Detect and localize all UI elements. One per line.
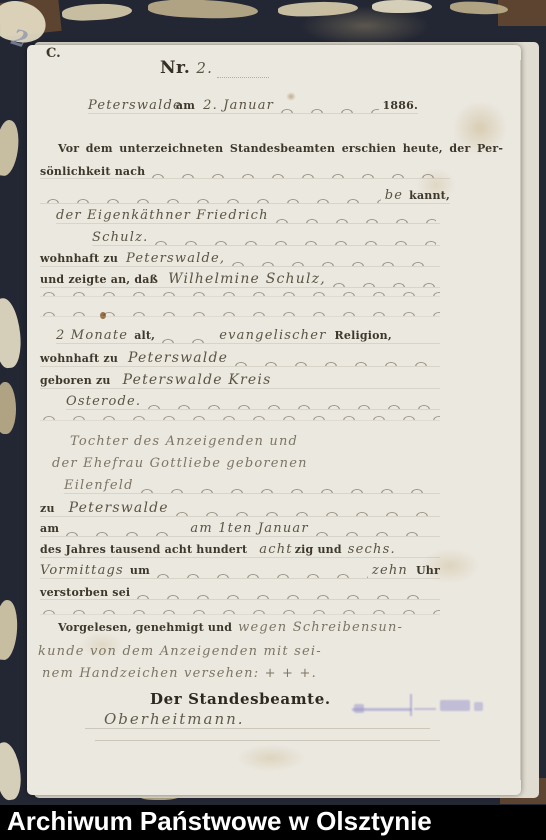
closing-hw-3: nem Handzeichen versehen: + + +. xyxy=(42,666,317,681)
closing-line-3: nem Handzeichen versehen: + + +. xyxy=(42,666,442,681)
ink-flourish xyxy=(154,570,368,578)
age-religion-line: 2 Monate alt, evangelischer Religion, xyxy=(56,328,440,344)
death-date-hw: am 1ten Januar xyxy=(190,521,308,536)
ink-flourish xyxy=(173,508,436,516)
page-edge-crease xyxy=(520,60,521,780)
born-hw-2: Osterode. xyxy=(66,394,141,409)
time-hw-2: zehn xyxy=(372,563,408,578)
ink-flourish xyxy=(232,358,436,366)
registrar-title: Der Standesbeamte. xyxy=(150,690,331,708)
deceased-name: Wilhelmine Schulz, xyxy=(168,271,326,287)
death-place-hw: Peterswalde xyxy=(69,500,169,516)
age-hw: 2 Monate xyxy=(56,328,128,343)
residence-hw-2: Peterswalde xyxy=(128,350,228,366)
intro-line-1: Vor dem unterzeichneten Standesbeamten e… xyxy=(58,142,450,155)
parents-hw-1: Tochter des Anzeigenden und xyxy=(70,434,298,449)
ink-flourish xyxy=(145,401,436,409)
torn-paper-patch xyxy=(62,2,133,22)
dateline-year: 1886. xyxy=(383,99,418,112)
known-line: be kannt, xyxy=(40,188,450,204)
scanned-register-page: 2 C. Nr. 2. Peterswalde am 2. Januar 188… xyxy=(0,0,546,840)
time-printed-2: Uhr xyxy=(416,564,440,577)
ink-flourish-row xyxy=(40,288,440,297)
ink-flourish xyxy=(63,528,186,536)
died-line: verstorben sei xyxy=(40,586,440,600)
time-printed-1: um xyxy=(130,564,150,577)
parents-line-1: Tochter des Anzeigenden und xyxy=(70,434,440,449)
registrar-signature: Oberheitmann. xyxy=(104,710,245,728)
residence-line-2: wohnhaft zu Peterswalde xyxy=(40,350,440,367)
record-number: Nr. 2. xyxy=(160,58,300,78)
ink-flourish xyxy=(278,105,378,113)
death-place-line: zu Peterswalde xyxy=(40,500,440,517)
ink-flourish xyxy=(313,528,436,536)
ink-flourish xyxy=(152,237,436,245)
intro-line-2: sönlichkeit nach xyxy=(40,165,450,179)
report-printed: und zeigte an, daß xyxy=(40,273,158,286)
parents-line-3: Eilenfeld xyxy=(64,478,440,494)
ink-flourish xyxy=(229,258,436,266)
parents-line-2: der Ehefrau Gottliebe geborenen xyxy=(52,456,440,471)
ink-flourish-row xyxy=(40,308,440,317)
archive-footer-bar: Archiwum Państwowe w Olsztynie xyxy=(0,805,546,840)
archive-name: Archiwum Państwowe w Olsztynie xyxy=(7,806,432,837)
residence-printed-2: wohnhaft zu xyxy=(40,352,118,365)
ink-flourish xyxy=(330,279,436,287)
residence-line-1: wohnhaft zu Peterswalde, xyxy=(40,251,440,267)
dateline-date: 2. Januar xyxy=(203,98,274,113)
closing-hw-1: wegen Schreibensun- xyxy=(238,620,403,635)
leather-corner-top-right xyxy=(498,0,546,26)
death-time-line: Vormittags um zehn Uhr xyxy=(40,563,440,579)
born-line-1: geboren zu Peterswalde Kreis xyxy=(40,372,440,389)
death-year-line: des Jahres tausend acht hundert acht zig… xyxy=(40,542,440,558)
known-hw: be xyxy=(385,188,403,203)
parents-hw-3: Eilenfeld xyxy=(64,478,134,493)
year-printed: des Jahres tausend acht hundert xyxy=(40,543,247,556)
ink-flourish xyxy=(149,170,446,178)
closing-printed: Vorgelesen, genehmigt und xyxy=(58,621,232,634)
death-place-printed: zu xyxy=(40,502,55,515)
ink-flourish-row xyxy=(40,606,440,615)
born-line-2: Osterode. xyxy=(66,394,440,410)
year-mid-printed: zig und xyxy=(295,543,342,556)
time-hw-1: Vormittags xyxy=(40,563,124,578)
religion-printed: Religion, xyxy=(335,329,392,342)
report-line: und zeigte an, daß Wilhelmine Schulz, xyxy=(40,271,440,288)
religion-hw: evangelischer xyxy=(219,328,326,343)
record-number-value: 2. xyxy=(196,59,213,77)
dateline: Peterswalde am 2. Januar 1886. xyxy=(88,98,418,114)
declarant-name-1: der Eigenkäthner Friedrich xyxy=(56,208,269,223)
declarant-name-2: Schulz. xyxy=(92,230,148,245)
known-printed: kannt, xyxy=(409,189,450,202)
ink-flourish-row xyxy=(40,412,440,421)
death-date-line: am am 1ten Januar xyxy=(40,521,440,537)
closing-line-2: kunde von dem Anzeigenden mit sei- xyxy=(38,644,442,659)
born-printed: geboren zu xyxy=(40,374,111,387)
residence-hw-1: Peterswalde, xyxy=(126,251,225,266)
torn-paper-patch xyxy=(0,119,22,178)
form-rule xyxy=(95,740,440,741)
ink-flourish xyxy=(134,591,436,599)
torn-paper-patch xyxy=(0,382,16,434)
torn-paper-patch xyxy=(278,1,358,18)
closing-line-1: Vorgelesen, genehmigt und wegen Schreibe… xyxy=(58,620,450,635)
parents-hw-2: der Ehefrau Gottliebe geborenen xyxy=(52,456,308,471)
torn-paper-patch xyxy=(372,0,432,13)
torn-paper-patch xyxy=(148,0,259,20)
dateline-place: Peterswalde xyxy=(88,98,182,113)
death-date-printed: am xyxy=(40,522,59,535)
declarant-line-1: der Eigenkäthner Friedrich xyxy=(56,208,440,224)
intro-text-2: sönlichkeit nach xyxy=(40,165,145,178)
intro-text-1: Vor dem unterzeichneten Standesbeamten e… xyxy=(58,142,503,155)
torn-paper-patch xyxy=(0,599,20,661)
signature-rule xyxy=(85,728,430,729)
declarant-line-2: Schulz. xyxy=(92,230,440,246)
closing-hw-2: kunde von dem Anzeigenden mit sei- xyxy=(38,644,322,659)
ink-flourish xyxy=(138,485,436,493)
ink-flourish xyxy=(44,195,381,203)
residence-printed-1: wohnhaft zu xyxy=(40,252,118,265)
ruled-dots xyxy=(217,73,269,78)
year-hw-1: acht xyxy=(259,542,292,557)
torn-paper-patch xyxy=(0,297,24,369)
age-printed: alt, xyxy=(134,329,155,342)
torn-paper-patch xyxy=(0,741,24,802)
ink-flourish xyxy=(159,335,215,343)
record-number-label: Nr. xyxy=(160,58,190,78)
born-hw-1: Peterswalde Kreis xyxy=(123,372,272,388)
ink-flourish xyxy=(273,215,436,223)
register-series-letter: C. xyxy=(46,46,61,61)
died-printed: verstorben sei xyxy=(40,586,130,599)
archival-stamp xyxy=(352,692,484,728)
year-hw-2: sechs. xyxy=(348,542,396,557)
